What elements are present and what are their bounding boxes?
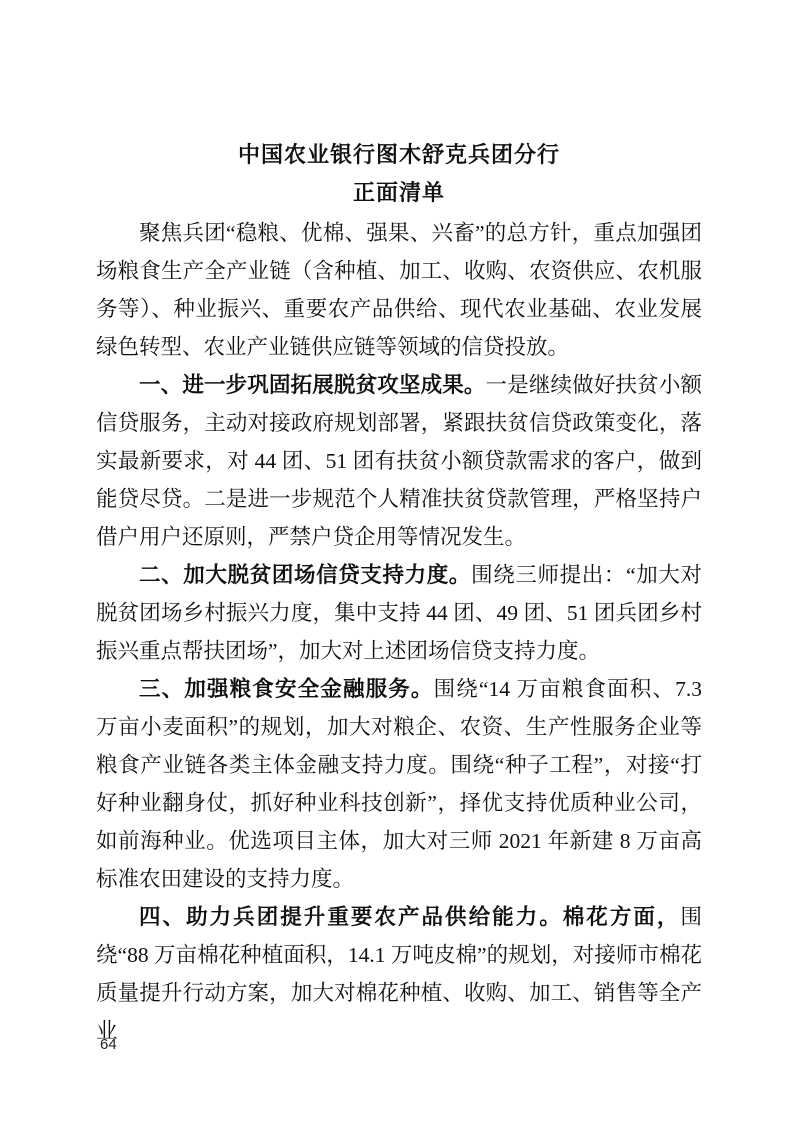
document-content: 中国农业银行图木舒克兵团分行 正面清单 聚焦兵团“稳粮、优棉、强果、兴畜”的总方…: [96, 136, 702, 1050]
paragraph-lead: 三、加强粮食安全金融服务。: [139, 677, 434, 701]
document-title: 中国农业银行图木舒克兵团分行: [96, 136, 702, 174]
document-page: 中国农业银行图木舒克兵团分行 正面清单 聚焦兵团“稳粮、优棉、强果、兴畜”的总方…: [0, 0, 793, 1122]
paragraph-section-4: 四、助力兵团提升重要农产品供给能力。棉花方面，围绕“88 万亩棉花种植面积，14…: [96, 898, 702, 1050]
paragraph-lead: 二、加大脱贫团场信贷支持力度。: [139, 563, 471, 587]
page-number: 64: [100, 1036, 117, 1054]
document-subtitle: 正面清单: [96, 174, 702, 212]
paragraph-text: 围绕“14 万亩粮食面积、7.3 万亩小麦面积”的规划，加大对粮企、农资、生产性…: [96, 677, 702, 891]
paragraph-section-1: 一、进一步巩固拓展脱贫攻坚成果。一是继续做好扶贫小额信贷服务，主动对接政府规划部…: [96, 366, 702, 556]
paragraph-text: 聚焦兵团“稳粮、优棉、强果、兴畜”的总方针，重点加强团场粮食生产全产业链（含种植…: [96, 221, 702, 359]
paragraph-section-3: 三、加强粮食安全金融服务。围绕“14 万亩粮食面积、7.3 万亩小麦面积”的规划…: [96, 670, 702, 898]
paragraph-intro: 聚焦兵团“稳粮、优棉、强果、兴畜”的总方针，重点加强团场粮食生产全产业链（含种植…: [96, 214, 702, 366]
paragraph-section-2: 二、加大脱贫团场信贷支持力度。围绕三师提出：“加大对脱贫团场乡村振兴力度，集中支…: [96, 556, 702, 670]
paragraph-lead: 一、进一步巩固拓展脱贫攻坚成果。: [139, 373, 486, 397]
paragraph-lead: 四、助力兵团提升重要农产品供给能力。棉花方面，: [139, 905, 680, 929]
paragraph-text: 一是继续做好扶贫小额信贷服务，主动对接政府规划部署，紧跟扶贫信贷政策变化，落实最…: [96, 373, 702, 549]
